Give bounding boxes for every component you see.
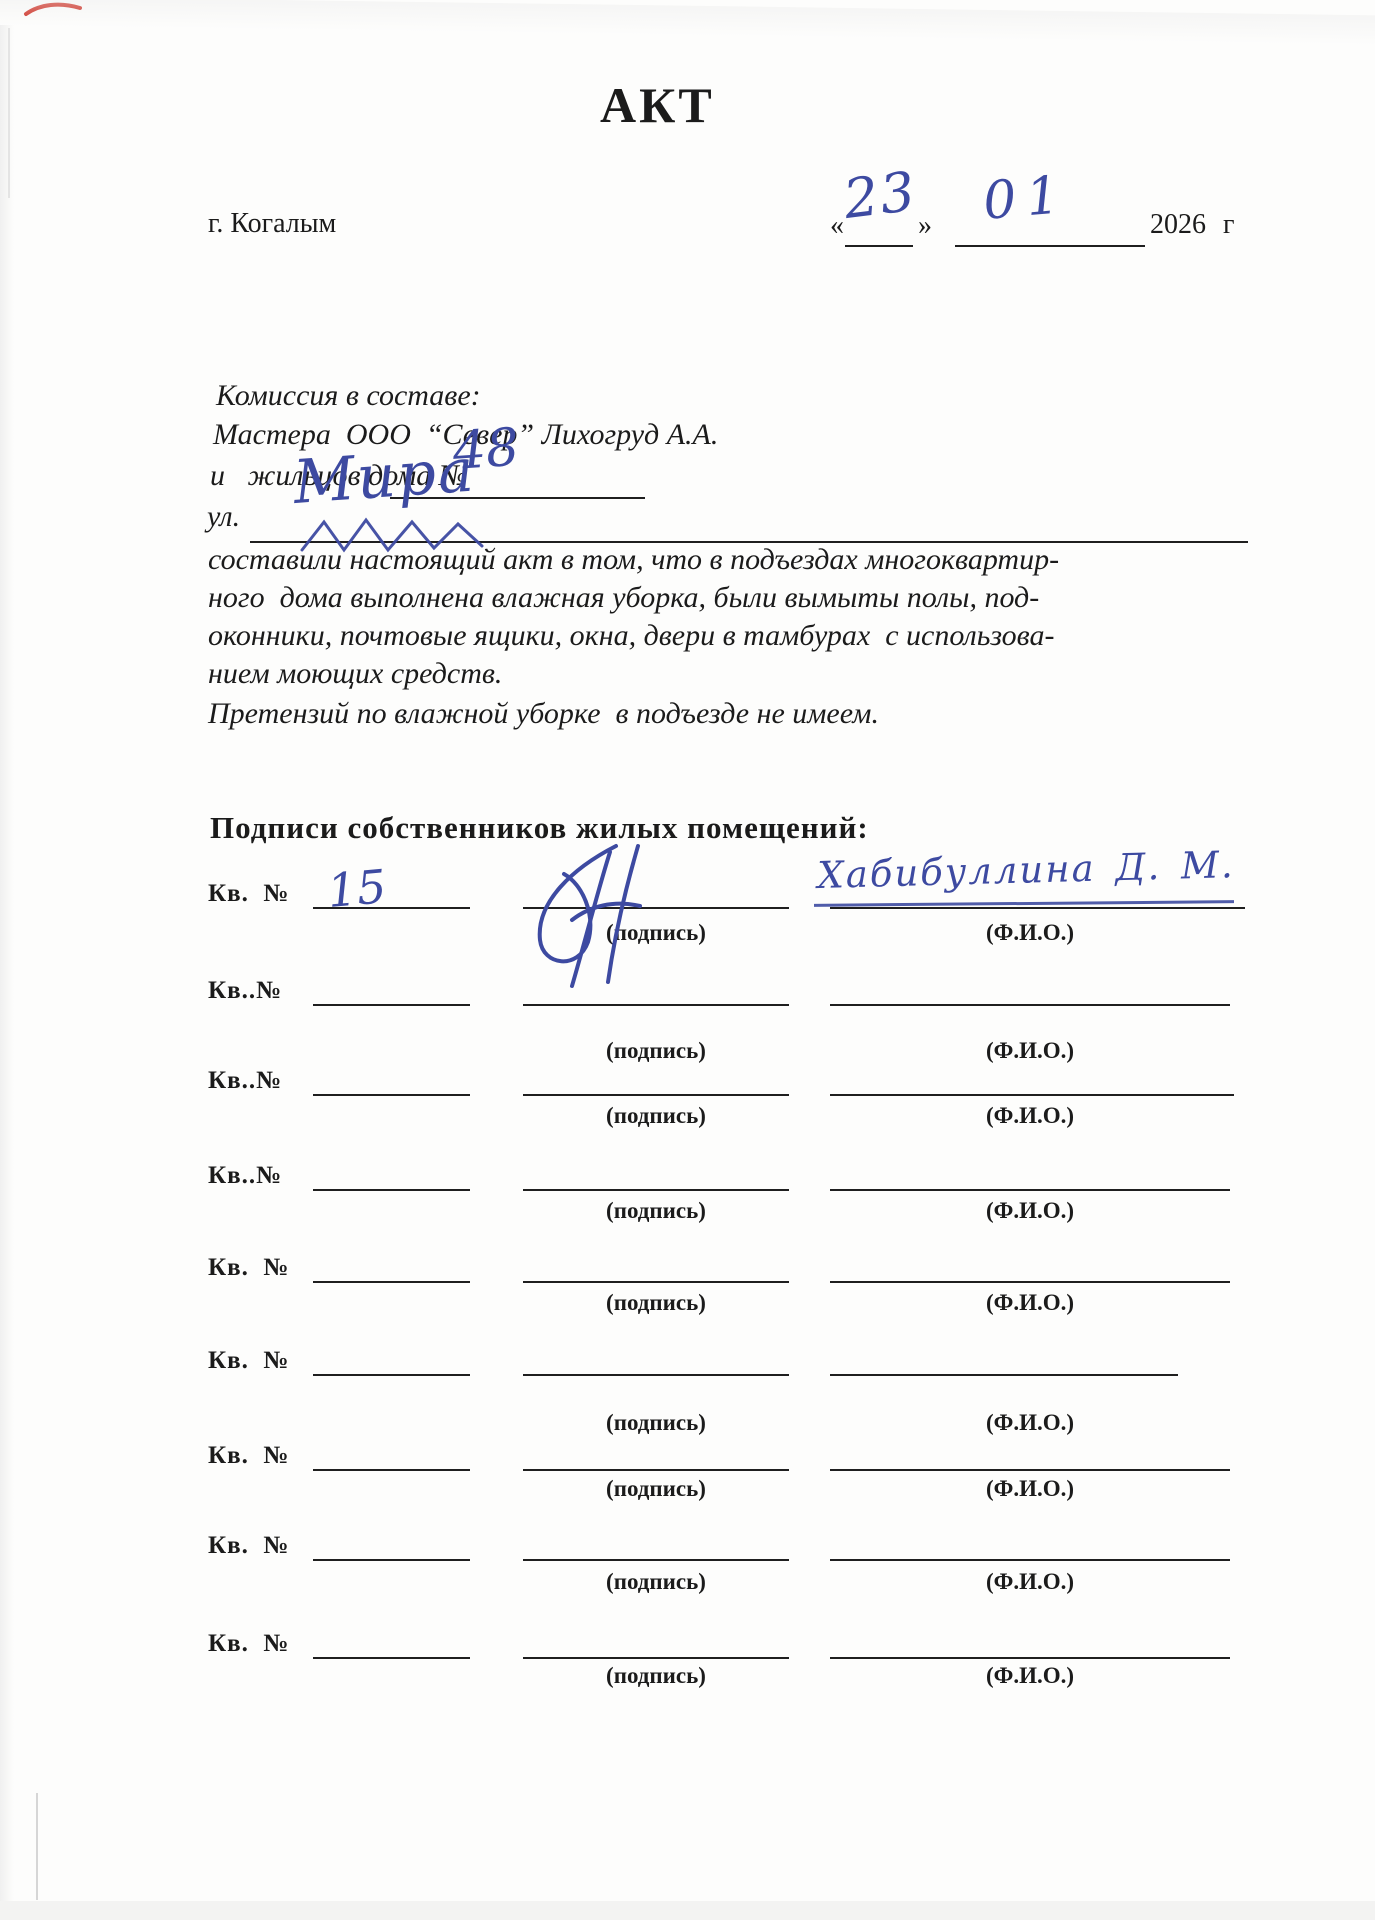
fio-caption: (Ф.И.О.) xyxy=(830,1410,1230,1436)
fio-blank-line xyxy=(830,1559,1230,1561)
apartment-label: Кв. № xyxy=(208,880,290,908)
signature-caption: (подпись) xyxy=(523,1569,789,1595)
signature-blank-line xyxy=(523,1094,789,1096)
fio-blank-line xyxy=(830,1004,1230,1006)
signature-row: Кв. №(подпись)(Ф.И.О.) xyxy=(0,1345,1375,1441)
date-month-line xyxy=(955,245,1145,247)
signature-blank-line xyxy=(523,1281,789,1283)
scan-bottom-left-line xyxy=(36,1793,38,1900)
handwritten-fio-underline xyxy=(814,900,1234,907)
fio-caption: (Ф.И.О.) xyxy=(830,1476,1230,1502)
city-label: г. Когалым xyxy=(208,208,336,240)
signature-blank-line xyxy=(523,1189,789,1191)
para-line-1: составили настоящий акт в том, что в под… xyxy=(208,543,1059,577)
handwritten-day: 23 xyxy=(840,160,920,231)
fio-blank-line xyxy=(830,1281,1230,1283)
scan-left-edge-line xyxy=(8,28,10,198)
claims-line: Претензий по влажной уборке в подъезде н… xyxy=(208,697,879,731)
apartment-number-blank-line xyxy=(313,1281,470,1283)
red-pen-mark xyxy=(22,0,86,20)
date-close-quote: » xyxy=(918,210,932,242)
signature-caption: (подпись) xyxy=(523,1476,789,1502)
document-title: АКТ xyxy=(600,76,715,134)
date-year: 2026 г xyxy=(1150,209,1234,241)
scan-bottom-strip xyxy=(0,1901,1375,1920)
handwritten-fio: Хабибуллина Д. М. xyxy=(817,843,1235,897)
scan-top-shadow xyxy=(0,0,1375,46)
apartment-label: Кв. № xyxy=(208,1347,290,1375)
signature-row: Кв. №(подпись)(Ф.И.О.)15Хабибуллина Д. М… xyxy=(0,878,1375,974)
signature-caption: (подпись) xyxy=(523,1198,789,1224)
apartment-number-blank-line xyxy=(313,1469,470,1471)
fio-caption: (Ф.И.О.) xyxy=(830,1103,1230,1129)
apartment-number-blank-line xyxy=(313,1374,470,1376)
signature-caption: (подпись) xyxy=(523,1290,789,1316)
apartment-number-blank-line xyxy=(313,1657,470,1659)
signature-caption: (подпись) xyxy=(523,1103,789,1129)
handwritten-signature xyxy=(498,840,713,995)
date-day-line xyxy=(845,245,913,247)
fio-caption: (Ф.И.О.) xyxy=(830,1198,1230,1224)
signature-blank-line xyxy=(523,1374,789,1376)
apartment-label: Кв. № xyxy=(208,1532,290,1560)
fio-caption: (Ф.И.О.) xyxy=(830,920,1230,946)
para-line-3: оконники, почтовые ящики, окна, двери в … xyxy=(208,619,1054,653)
signature-row: Кв. №(подпись)(Ф.И.О.) xyxy=(0,1628,1375,1724)
apartment-number-blank-line xyxy=(313,1559,470,1561)
fio-caption: (Ф.И.О.) xyxy=(830,1663,1230,1689)
para-line-2: ного дома выполнена влажная уборка, были… xyxy=(208,581,1039,615)
apartment-label: Кв. № xyxy=(208,1630,290,1658)
signature-row: Кв..№(подпись)(Ф.И.О.) xyxy=(0,975,1375,1071)
apartment-number-blank-line xyxy=(313,1189,470,1191)
signature-blank-line xyxy=(523,1657,789,1659)
signature-row: Кв. №(подпись)(Ф.И.О.) xyxy=(0,1440,1375,1536)
signature-blank-line xyxy=(523,1004,789,1006)
fio-blank-line xyxy=(830,907,1245,909)
scanned-act-document: АКТ г. Когалым « 23 » 01 2026 г Комиссия… xyxy=(0,0,1375,1920)
apartment-number-blank-line xyxy=(313,1094,470,1096)
fio-blank-line xyxy=(830,1374,1178,1376)
handwritten-month: 01 xyxy=(981,165,1072,232)
handwritten-street: Мира xyxy=(291,435,478,518)
signature-row: Кв. №(подпись)(Ф.И.О.) xyxy=(0,1252,1375,1348)
apartment-label: Кв..№ xyxy=(208,1162,282,1190)
signature-caption: (подпись) xyxy=(523,1038,789,1064)
fio-caption: (Ф.И.О.) xyxy=(830,1569,1230,1595)
fio-blank-line xyxy=(830,1469,1230,1471)
signature-row: Кв..№(подпись)(Ф.И.О.) xyxy=(0,1065,1375,1161)
fio-blank-line xyxy=(830,1657,1230,1659)
fio-blank-line xyxy=(830,1189,1230,1191)
para-line-4: нием моющих средств. xyxy=(208,657,502,691)
street-prefix: ул. xyxy=(207,500,240,534)
apartment-label: Кв. № xyxy=(208,1442,290,1470)
handwritten-apartment-number: 15 xyxy=(325,859,388,918)
apartment-label: Кв. № xyxy=(208,1254,290,1282)
signature-caption: (подпись) xyxy=(523,1410,789,1436)
signature-blank-line xyxy=(523,1469,789,1471)
signature-caption: (подпись) xyxy=(523,1663,789,1689)
commission-line: Комиссия в составе: xyxy=(216,379,481,413)
fio-blank-line xyxy=(830,1094,1234,1096)
signature-blank-line xyxy=(523,1559,789,1561)
apartment-label: Кв..№ xyxy=(208,977,282,1005)
apartment-label: Кв..№ xyxy=(208,1067,282,1095)
date-open-quote: « xyxy=(830,210,844,242)
apartment-number-blank-line xyxy=(313,1004,470,1006)
fio-caption: (Ф.И.О.) xyxy=(830,1038,1230,1064)
fio-caption: (Ф.И.О.) xyxy=(830,1290,1230,1316)
signature-row: Кв. №(подпись)(Ф.И.О.) xyxy=(0,1530,1375,1626)
signature-row: Кв..№(подпись)(Ф.И.О.) xyxy=(0,1160,1375,1256)
